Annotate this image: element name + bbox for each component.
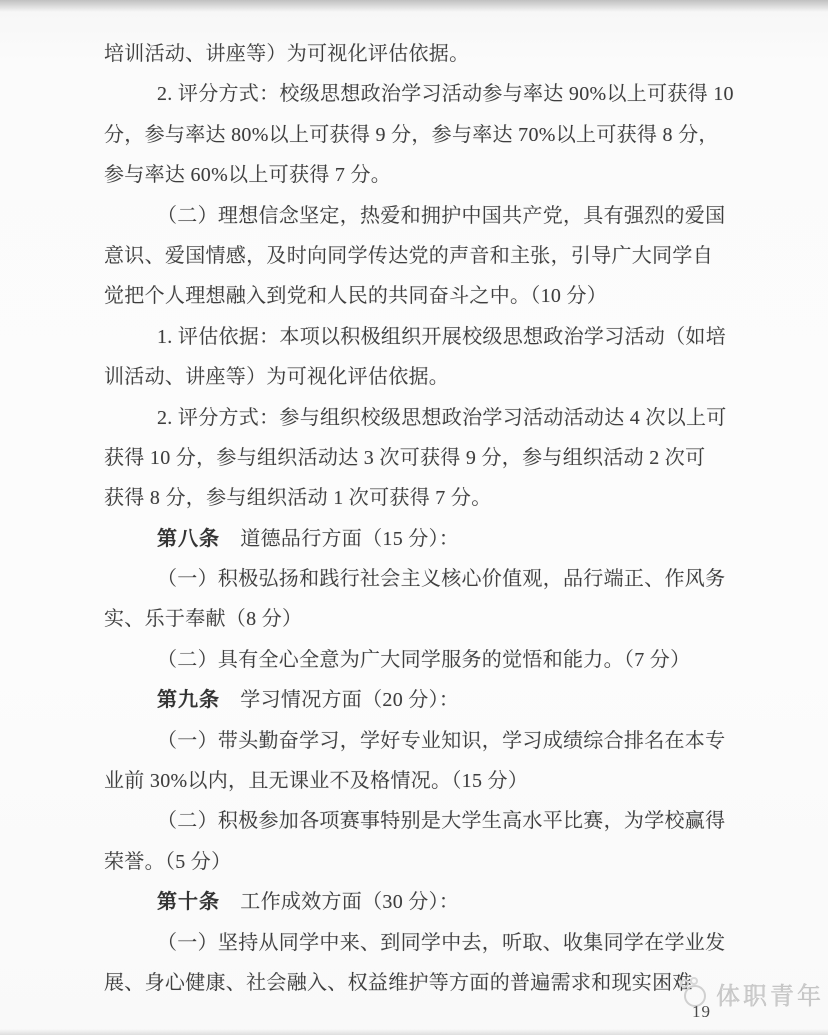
text-line: 获得 10 分，参与组织活动达 3 次可获得 9 分，参与组织活动 2 次可 [104,438,720,478]
page-number: 19 [692,1002,711,1022]
document-page: 培训活动、讲座等）为可视化评估依据。2. 评分方式：校级思想政治学习活动参与率达… [0,0,828,1035]
text-line: 2. 评分方式：参与组织校级思想政治学习活动活动达 4 次以上可 [104,398,720,438]
text-line: （二）理想信念坚定，热爱和拥护中国共产党，具有强烈的爱国 [104,196,720,236]
text-line: 觉把个人理想融入到党和人民的共同奋斗之中。（10 分） [104,276,720,316]
text-line: 获得 8 分，参与组织活动 1 次可获得 7 分。 [104,478,720,518]
scan-bottom-edge-shadow [0,1029,828,1035]
text-line: 意识、爱国情感，及时向同学传达党的声音和主张，引导广大同学自 [104,236,720,276]
article-number: 第九条 [157,689,220,711]
text-line: 展、身心健康、社会融入、权益维护等方面的普遍需求和现实困难 [104,963,720,1003]
text-line: （一）坚持从同学中来、到同学中去，听取、收集同学在学业发 [104,923,720,963]
text-line: 培训活动、讲座等）为可视化评估依据。 [104,34,720,74]
text-line: 训活动、讲座等）为可视化评估依据。 [104,357,720,397]
text-line: （二）积极参加各项赛事特别是大学生高水平比赛，为学校赢得 [104,801,720,841]
article-heading-line: 第八条 道德品行方面（15 分）： [104,519,720,559]
text-line: 荣誉。（5 分） [104,842,720,882]
article-number: 第八条 [157,528,220,550]
watermark-label: 体职青年 [716,976,824,1011]
text-line: （二）具有全心全意为广大同学服务的觉悟和能力。（7 分） [104,640,720,680]
text-line: 分，参与率达 80%以上可获得 9 分，参与率达 70%以上可获得 8 分， [104,115,720,155]
text-line: 2. 评分方式：校级思想政治学习活动参与率达 90%以上可获得 10 [104,74,720,114]
text-line: 实、乐于奉献（8 分） [104,599,720,639]
document-body: 培训活动、讲座等）为可视化评估依据。2. 评分方式：校级思想政治学习活动参与率达… [104,34,720,1003]
text-line: （一）积极弘扬和践行社会主义核心价值观，品行端正、作风务 [104,559,720,599]
text-line: 1. 评估依据：本项以积极组织开展校级思想政治学习活动（如培 [104,317,720,357]
article-number: 第十条 [157,891,220,913]
text-line: 业前 30%以内，且无课业不及格情况。（15 分） [104,761,720,801]
article-heading-line: 第十条 工作成效方面（30 分）： [104,882,720,922]
article-heading-line: 第九条 学习情况方面（20 分）： [104,680,720,720]
text-line: （一）带头勤奋学习，学好专业知识，学习成绩综合排名在本专 [104,721,720,761]
scan-top-edge-shadow [0,0,828,12]
text-line: 参与率达 60%以上可获得 7 分。 [104,155,720,195]
